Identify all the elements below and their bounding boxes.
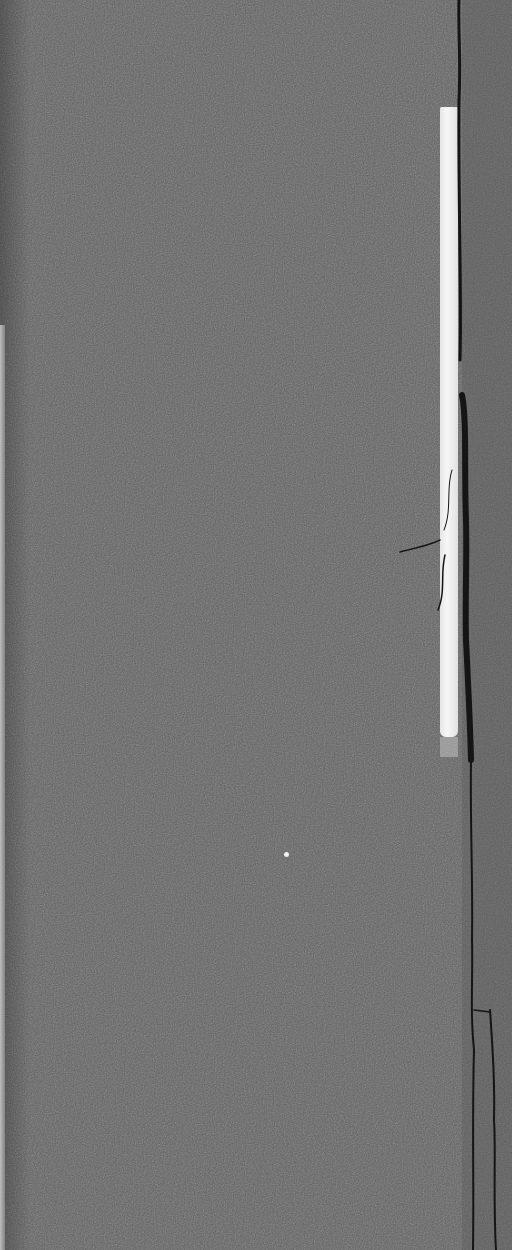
debris-speck [284,852,289,857]
road-surface-image: Top-down grayscale view of an asphalt ro… [0,0,512,1250]
cracks [0,0,512,1250]
